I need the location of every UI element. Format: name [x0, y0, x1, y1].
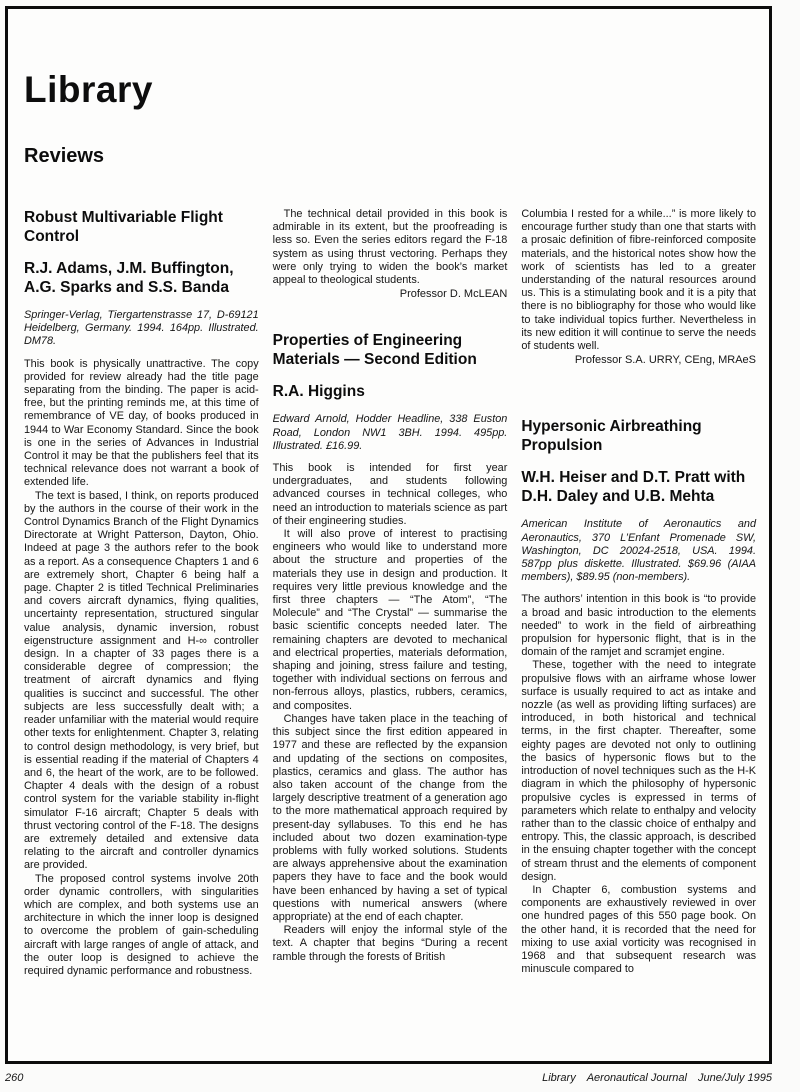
review-paragraph: Columbia I rested for a while...” is mor…: [521, 208, 756, 353]
review-paragraph: This book is intended for first year und…: [273, 462, 508, 528]
review-paragraph: Changes have taken place in the teaching…: [273, 713, 508, 924]
footer-section: Library: [542, 1072, 576, 1084]
footer-journal: Aeronautical Journal: [587, 1072, 687, 1084]
review-paragraph: Readers will enjoy the informal style of…: [273, 924, 508, 964]
reviewer-signature: Professor S.A. URRY, CEng, MRAeS: [521, 354, 756, 367]
review-paragraph: It will also prove of interest to practi…: [273, 528, 508, 713]
page-frame: Library Reviews Robust Multivariable Fli…: [5, 6, 772, 1064]
section-title: Reviews: [24, 145, 756, 168]
review-paragraph: The proposed control systems involve 20t…: [24, 873, 259, 979]
review-1-title: Robust Multivariable Flight Control: [24, 208, 259, 246]
column-3: Columbia I rested for a while...” is mor…: [521, 208, 756, 978]
review-3-title: Hypersonic Airbreathing Propulsion: [521, 417, 756, 455]
column-2: The technical detail provided in this bo…: [273, 208, 508, 978]
review-paragraph: The authors’ intention in this book is “…: [521, 593, 756, 659]
review-3-publication-details: American Institute of Aeronautics and Ae…: [521, 518, 756, 584]
review-1-authors: R.J. Adams, J.M. Buffington, A.G. Sparks…: [24, 259, 259, 297]
review-2-publication-details: Edward Arnold, Hodder Headline, 338 Eust…: [273, 413, 508, 453]
review-paragraph: The text is based, I think, on reports p…: [24, 490, 259, 873]
review-2-authors: R.A. Higgins: [273, 382, 508, 401]
reviewer-signature: Professor D. McLEAN: [273, 288, 508, 301]
review-columns: Robust Multivariable Flight Control R.J.…: [24, 208, 756, 978]
review-paragraph: These, together with the need to integra…: [521, 659, 756, 883]
journal-page: Library Reviews Robust Multivariable Fli…: [0, 0, 800, 1092]
review-3-authors: W.H. Heiser and D.T. Pratt with D.H. Dal…: [521, 468, 756, 506]
page-number: 260: [5, 1072, 23, 1084]
footer-issue: June/July 1995: [698, 1072, 772, 1084]
column-1: Robust Multivariable Flight Control R.J.…: [24, 208, 259, 978]
review-2-title: Properties of Engineering Materials — Se…: [273, 331, 508, 369]
page-title: Library: [24, 69, 756, 111]
running-footer: Library Aeronautical Journal June/July 1…: [542, 1072, 772, 1084]
page-footer: 260 Library Aeronautical Journal June/Ju…: [5, 1072, 772, 1084]
review-1-publication-details: Springer-Verlag, Tiergartenstrasse 17, D…: [24, 309, 259, 349]
review-paragraph: This book is physically unattractive. Th…: [24, 358, 259, 490]
review-paragraph: The technical detail provided in this bo…: [273, 208, 508, 287]
review-paragraph: In Chapter 6, combustion systems and com…: [521, 884, 756, 976]
